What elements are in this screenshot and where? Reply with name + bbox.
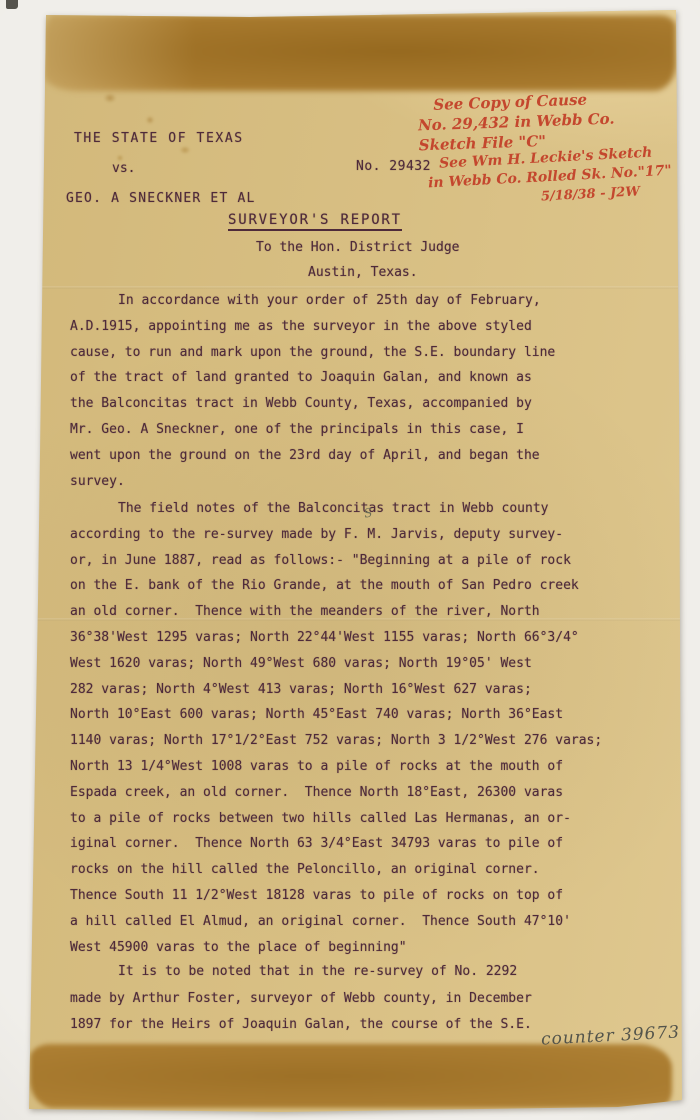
text-line: made by Arthur Foster, surveyor of Webb … [70,986,650,1013]
text-line: Mr. Geo. A Sneckner, one of the principa… [70,417,650,443]
text-line: The field notes of the Balconcitas tract… [70,496,650,522]
party-plaintiff: THE STATE OF TEXAS [74,131,244,146]
versus-label: vs. [112,161,135,176]
text-line: according to the re-survey made by F. M.… [70,522,650,548]
text-line: rocks on the hill called the Peloncillo,… [70,857,650,883]
handwritten-note-cause-file: See Copy of Cause No. 29,432 in Webb Co.… [417,89,616,156]
text-line: West 1620 varas; North 49°West 680 varas… [70,651,650,677]
text-line: cause, to run and mark upon the ground, … [70,340,650,366]
text-line: 1140 varas; North 17°1/2°East 752 varas;… [70,728,650,754]
text-line: iginal corner. Thence North 63 3/4°East … [70,831,650,857]
party-defendant: GEO. A SNECKNER ET AL [66,191,256,206]
text-line: the Balconcitas tract in Webb County, Te… [70,391,650,417]
text-line: West 45900 varas to the place of beginni… [70,935,650,961]
text-line: survey. [70,469,650,495]
text-line: to a pile of rocks between two hills cal… [70,806,650,832]
text-line: North 10°East 600 varas; North 45°East 7… [70,702,650,728]
text-line: or, in June 1887, read as follows:- "Beg… [70,548,650,574]
text-line: A.D.1915, appointing me as the surveyor … [70,314,650,340]
stain-band-top [44,15,676,91]
paragraph-3: It is to be noted that in the re-survey … [70,959,650,1039]
stain-band-bottom [30,1044,672,1108]
scanned-document-page: THE STATE OF TEXAS vs. No. 29432 GEO. A … [0,0,700,1120]
handwritten-note-leckie-sketch: See Wm H. Leckie's Sketch in Webb Co. Ro… [427,143,674,213]
paragraph-2-field-notes: The field notes of the Balconcitas tract… [70,496,650,960]
text-line: 36°38'West 1295 varas; North 22°44'West … [70,625,650,651]
salutation-line-1: To the Hon. District Judge [256,240,460,255]
text-line: on the E. bank of the Rio Grande, at the… [70,573,650,599]
text-line: North 13 1/4°West 1008 varas to a pile o… [70,754,650,780]
text-line: 282 varas; North 4°West 413 varas; North… [70,677,650,703]
text-line: It is to be noted that in the re-survey … [70,959,650,986]
paper-shadow-wrap: THE STATE OF TEXAS vs. No. 29432 GEO. A … [0,0,700,1120]
document-paper: THE STATE OF TEXAS vs. No. 29432 GEO. A … [0,0,700,1120]
text-line: Thence South 11 1/2°West 18128 varas to … [70,883,650,909]
text-line: an old corner. Thence with the meanders … [70,599,650,625]
case-number: No. 29432 [356,159,431,174]
paragraph-1: In accordance with your order of 25th da… [70,288,650,494]
text-line: In accordance with your order of 25th da… [70,288,650,314]
text-line: a hill called El Almud, an original corn… [70,909,650,935]
text-line: Espada creek, an old corner. Thence Nort… [70,780,650,806]
report-title: SURVEYOR'S REPORT [228,212,402,231]
text-line: of the tract of land granted to Joaquin … [70,365,650,391]
text-line: went upon the ground on the 23rd day of … [70,443,650,469]
salutation-line-2: Austin, Texas. [308,265,418,280]
